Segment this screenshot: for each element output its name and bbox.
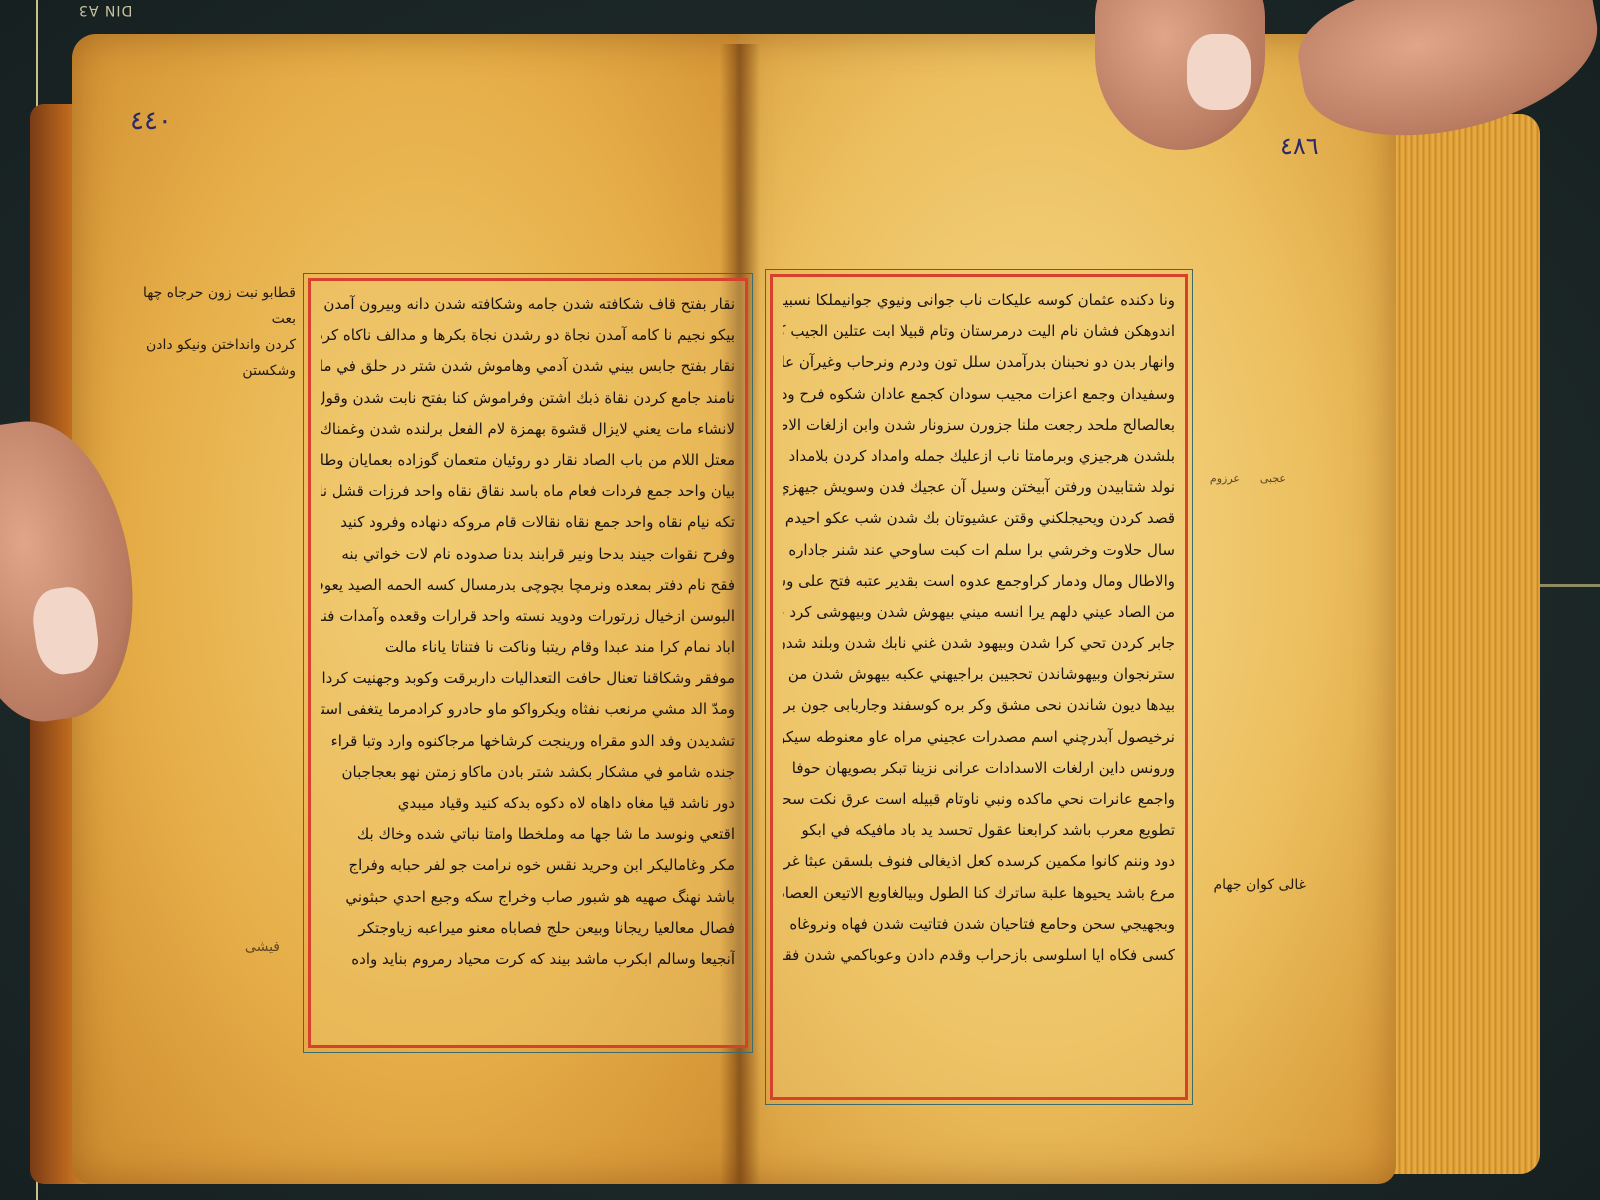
- text-line: دود وننم كانوا مكمين كرسده كعل اذيغالى ف…: [783, 846, 1175, 877]
- text-line: والاطال ومال ودمار كراوجمع عدوه است بقدي…: [783, 566, 1175, 597]
- right-margin-note: غالى كوان جهام: [1196, 872, 1306, 898]
- text-line: البوسن ازخيال زرتورات ودويد نسته واحد قر…: [321, 601, 735, 632]
- text-line: نامند جامع كردن نقاة ذبك اشتن وفراموش كن…: [321, 383, 735, 414]
- text-line: دور ناشد قيا مغاه داهاه لاه دكوه بدكه كن…: [321, 788, 735, 819]
- text-line: فصال معالعيا ريجانا وبيعن حلج فصاباه معن…: [321, 913, 735, 944]
- manuscript-book: ٤٤٠ ٤٨٦ قطابو نبت زون حرجاه چها بعت كردن…: [30, 34, 1555, 1190]
- mat-label: DIN A3: [78, 2, 132, 18]
- text-line: من الصاد عيني دلهم يرا انسه ميني بيهوش ش…: [783, 597, 1175, 628]
- text-line: تكه نيام نقاه واحد جمع نقاه نقالات قام م…: [321, 507, 735, 538]
- left-folio-number: ٤٤٠: [130, 106, 172, 136]
- right-margin-note-3: عجبى: [1246, 466, 1286, 492]
- text-line: فقح نام دفتر بمعده ونرمچا بچوچی بدرمسال …: [321, 570, 735, 601]
- text-line: نولد شتابيدن ورفتن آبيختن وسيل آن عجيك ف…: [783, 472, 1175, 503]
- text-line: جنده شامو في مشكار بكشد شتر بادن ماكاو ز…: [321, 757, 735, 788]
- text-line: مرع باشد يحيوها علبة ساترك كنا الطول وبي…: [783, 878, 1175, 909]
- text-line: تشديدن وفد الدو مقراه ورينجت كرشاخها مرج…: [321, 726, 735, 757]
- text-line: ومدّ الد مشي مرنعب نفثاه ويكرواكو ماو حا…: [321, 694, 735, 725]
- right-text-block: ونا دکنده عثمان كوسه عليكات ناب جوانى ون…: [770, 274, 1188, 1100]
- right-margin-note-2: عرزوم: [1190, 466, 1240, 492]
- text-line: واجمع عانرات نحي ماكده ونبي ناوتام قبيله…: [783, 784, 1175, 815]
- text-line: اباد نمام كرا مند عبدا وقام ريتبا وناكت …: [321, 632, 735, 663]
- text-line: وانهار بدن دو نحبنان بدرآمدن سلل تون ودر…: [783, 347, 1175, 378]
- text-line: آنجيعا وسالم ابكرب ماشد بيند كه كرت محيا…: [321, 944, 735, 975]
- text-line: قصد كردن ويحيجلكني وقتن عشيوتان بك شدن ش…: [783, 503, 1175, 534]
- text-line: موفقر وشكاقنا تعنال حافت التعداليات دارب…: [321, 663, 735, 694]
- text-line: نقار بفتح قاف شكافته شدن جامه وشكافته شد…: [321, 289, 735, 320]
- text-line: وبجهيجي سحن وحامع فتاحيان شدن فتاتيت شدن…: [783, 909, 1175, 940]
- text-line: ورونس داين ارلغات الاسدادات عرانى نزينا …: [783, 753, 1175, 784]
- text-line: بعالصالح ملحد رجعت ملنا جزورن سزونار شدن…: [783, 410, 1175, 441]
- text-line: سال حلاوت وخرشي برا سلم ات كبت ساوحي عند…: [783, 535, 1175, 566]
- text-line: نرخيصول آبدرچني اسم مصدرات عجيني مراه عا…: [783, 722, 1175, 753]
- text-line: سترنجوان وبيهوشاندن تحجيبن براجيهني عكبه…: [783, 659, 1175, 690]
- text-line: مكر وغاماليكر ابن وحريد نقس خوه نرامت جو…: [321, 850, 735, 881]
- text-line: تطويع معرب باشد كرابعنا عقول تحسد يد باد…: [783, 815, 1175, 846]
- text-line: بیکو نجیم نا کامه آمدن نجاة دو رشدن نجاة…: [321, 320, 735, 351]
- thumbnail: [1187, 34, 1251, 110]
- text-line: اقتعي ونوسد ما شا جها مه وملخطا وامتا نب…: [321, 819, 735, 850]
- text-line: وفرح نقوات جيند بدحا ونير قرابند بدنا صد…: [321, 539, 735, 570]
- text-line: [783, 1065, 1175, 1096]
- text-line: معتل اللام من باب الصاد نقار دو روئيان م…: [321, 445, 735, 476]
- text-line: بيان واحد جمع فردات فعام ماه باسد نقاق ن…: [321, 476, 735, 507]
- left-margin-note: قطابو نبت زون حرجاه چها بعت كردن وانداخت…: [126, 280, 296, 384]
- left-text-block: نقار بفتح قاف شكافته شدن جامه وشكافته شد…: [308, 278, 748, 1048]
- text-line: نقار بفتح جابس بيني شدن آدمي وهاموش شدن …: [321, 351, 735, 382]
- text-line: وسفيدان وجمع اعزات مجيب سودان كجمع عادان…: [783, 379, 1175, 410]
- text-line: [783, 1034, 1175, 1065]
- text-line: [783, 1002, 1175, 1033]
- text-line: باشد نهنگ صهيه هو شبور صاب وخراج سكه وجب…: [321, 882, 735, 913]
- thumbnail: [29, 584, 102, 678]
- text-line: اندوهكن فشان نام اليت درمرستان وتام قبيل…: [783, 316, 1175, 347]
- text-line: بلشدن هرجيزي وبرمامتا ناب ازعليك جمله وا…: [783, 441, 1175, 472]
- text-line: كسى فكاه ايا اسلوسى بازحراب وقدم دادن وع…: [783, 940, 1175, 971]
- text-line: ونا دکنده عثمان كوسه عليكات ناب جوانى ون…: [783, 285, 1175, 316]
- text-line: جابر كردن تحي كرا شدن وبيهود شدن غني ناب…: [783, 628, 1175, 659]
- left-margin-note-lower: فیشی: [220, 934, 280, 960]
- text-line: [783, 971, 1175, 1002]
- text-line: لانشاء مات يعني لايزال قشوة بهمزة لام ال…: [321, 414, 735, 445]
- text-line: بيدها ديون شاندن نحى مشق وكر بره كوسفند …: [783, 690, 1175, 721]
- right-folio-number: ٤٨٦: [1280, 132, 1319, 160]
